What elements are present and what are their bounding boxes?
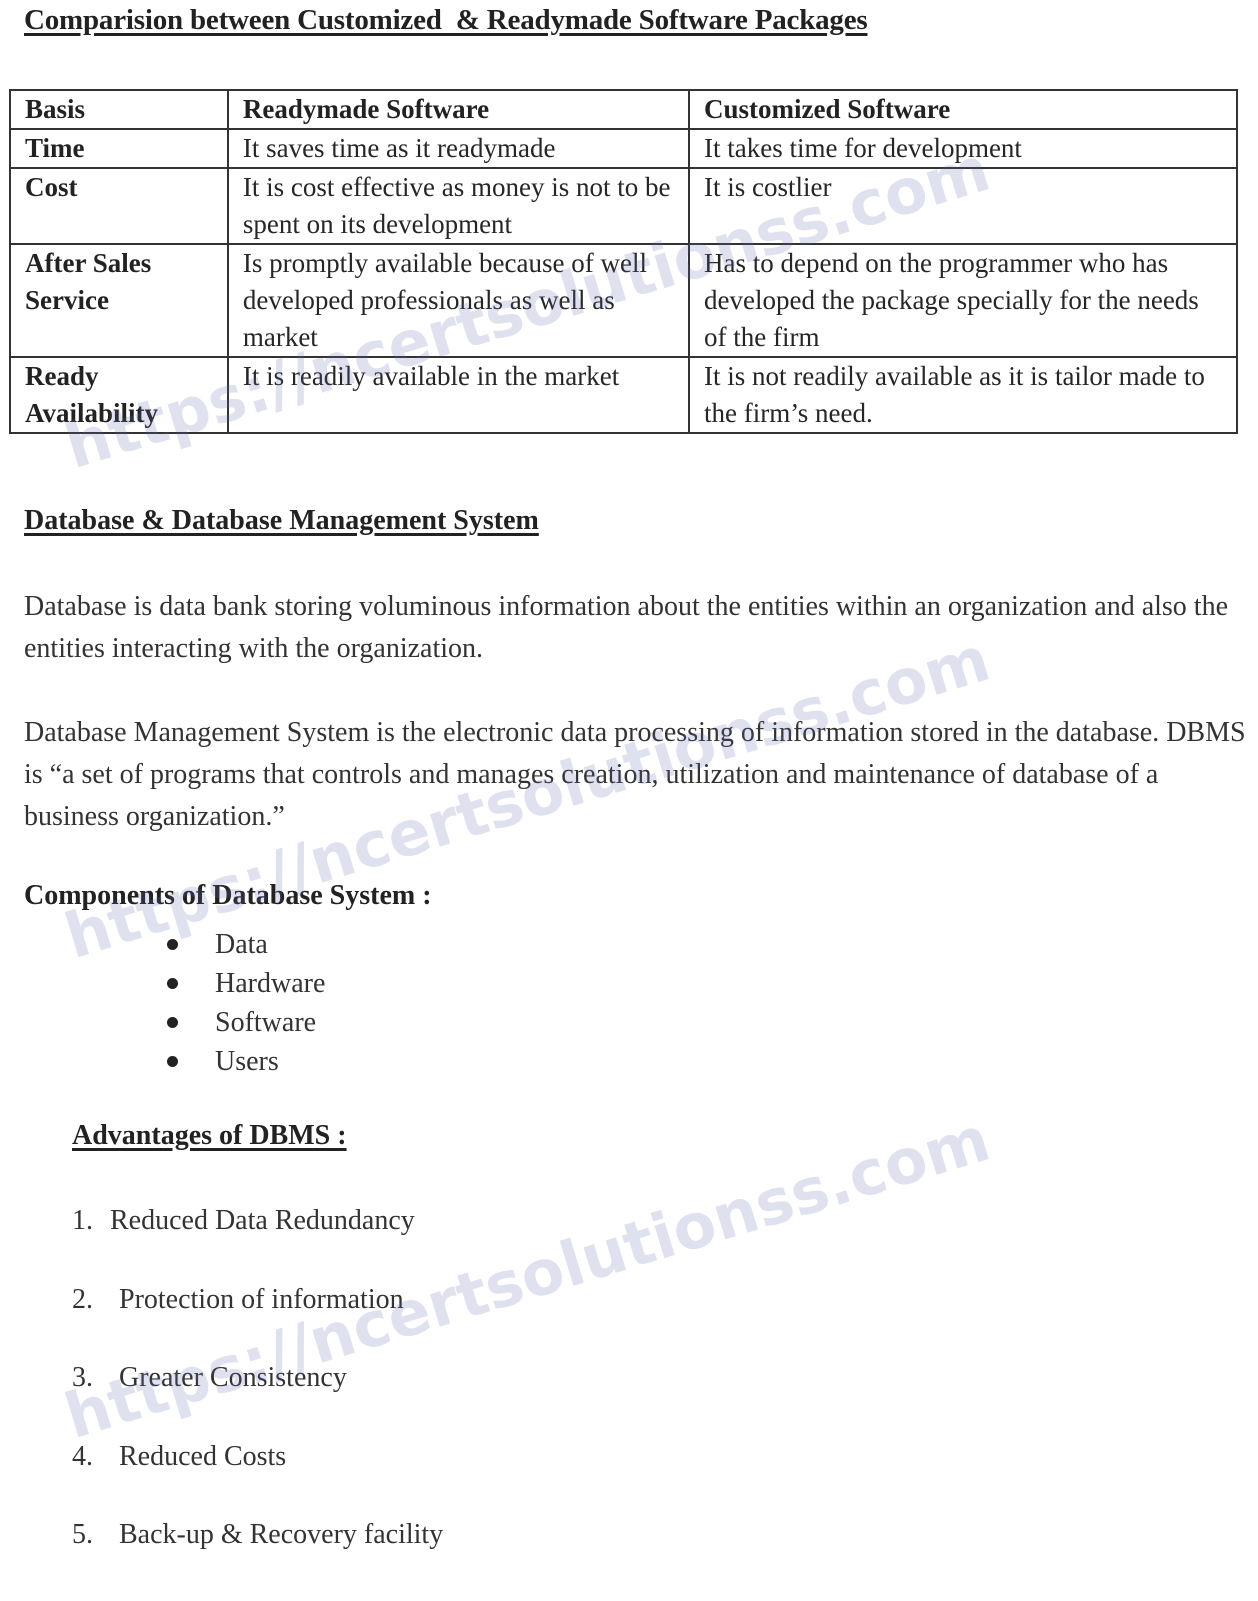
row-basis: After Sales Service bbox=[10, 244, 228, 357]
advantages-heading: Advantages of DBMS : bbox=[72, 1120, 347, 1152]
database-definition: Database is data bank storing voluminous… bbox=[24, 586, 1254, 670]
dbms-definition: Database Management System is the electr… bbox=[24, 712, 1254, 838]
row-basis: Time bbox=[10, 129, 228, 168]
list-item: 4.Reduced Costs bbox=[72, 1436, 443, 1515]
list-item: Users bbox=[165, 1042, 325, 1081]
column-header: Basis bbox=[10, 90, 228, 129]
table-header-row: Basis Readymade Software Customized Soft… bbox=[10, 90, 1237, 129]
bullet-icon bbox=[167, 939, 178, 950]
row-basis: Ready Availability bbox=[10, 357, 228, 433]
list-item: 2.Protection of information bbox=[72, 1279, 443, 1358]
item-number: 3. bbox=[72, 1357, 119, 1399]
customized-cell: It takes time for development bbox=[689, 129, 1237, 168]
components-heading: Components of Database System : bbox=[24, 880, 432, 912]
comparison-table: Basis Readymade Software Customized Soft… bbox=[9, 89, 1238, 434]
bullet-icon bbox=[167, 1017, 178, 1028]
list-item-text: Users bbox=[215, 1046, 279, 1077]
list-item-text: Reduced Costs bbox=[119, 1441, 286, 1472]
readymade-cell: It is cost effective as money is not to … bbox=[228, 168, 689, 244]
dbms-heading: Database & Database Management System bbox=[24, 505, 539, 537]
list-item-text: Hardware bbox=[215, 968, 325, 999]
table-row: After Sales Service Is promptly availabl… bbox=[10, 244, 1237, 357]
readymade-cell: It saves time as it readymade bbox=[228, 129, 689, 168]
table-row: Time It saves time as it readymade It ta… bbox=[10, 129, 1237, 168]
list-item-text: Reduced Data Redundancy bbox=[110, 1205, 415, 1236]
components-list: Data Hardware Software Users bbox=[165, 925, 325, 1081]
customized-cell: Has to depend on the programmer who has … bbox=[689, 244, 1237, 357]
readymade-cell: It is readily available in the market bbox=[228, 357, 689, 433]
list-item-text: Protection of information bbox=[119, 1284, 404, 1315]
list-item: Software bbox=[165, 1003, 325, 1042]
column-header: Readymade Software bbox=[228, 90, 689, 129]
item-number: 4. bbox=[72, 1436, 119, 1478]
list-item: Data bbox=[165, 925, 325, 964]
list-item-text: Data bbox=[215, 929, 268, 960]
list-item: 1.Reduced Data Redundancy bbox=[72, 1200, 443, 1279]
item-number: 1. bbox=[72, 1200, 110, 1242]
list-item: 5.Back-up & Recovery facility bbox=[72, 1514, 443, 1593]
list-item-text: Software bbox=[215, 1007, 316, 1038]
list-item-text: Back-up & Recovery facility bbox=[119, 1519, 443, 1550]
customized-cell: It is not readily available as it is tai… bbox=[689, 357, 1237, 433]
customized-cell: It is costlier bbox=[689, 168, 1237, 244]
column-header: Customized Software bbox=[689, 90, 1237, 129]
bullet-icon bbox=[167, 978, 178, 989]
list-item: Hardware bbox=[165, 964, 325, 1003]
table-row: Cost It is cost effective as money is no… bbox=[10, 168, 1237, 244]
list-item: 3.Greater Consistency bbox=[72, 1357, 443, 1436]
table-row: Ready Availability It is readily availab… bbox=[10, 357, 1237, 433]
list-item-text: Greater Consistency bbox=[119, 1362, 347, 1393]
advantages-list: 1.Reduced Data Redundancy 2.Protection o… bbox=[72, 1200, 443, 1593]
readymade-cell: Is promptly available because of well de… bbox=[228, 244, 689, 357]
row-basis: Cost bbox=[10, 168, 228, 244]
page-title: Comparision between Customized & Readyma… bbox=[24, 4, 867, 37]
item-number: 5. bbox=[72, 1514, 119, 1556]
item-number: 2. bbox=[72, 1279, 119, 1321]
bullet-icon bbox=[167, 1056, 178, 1067]
